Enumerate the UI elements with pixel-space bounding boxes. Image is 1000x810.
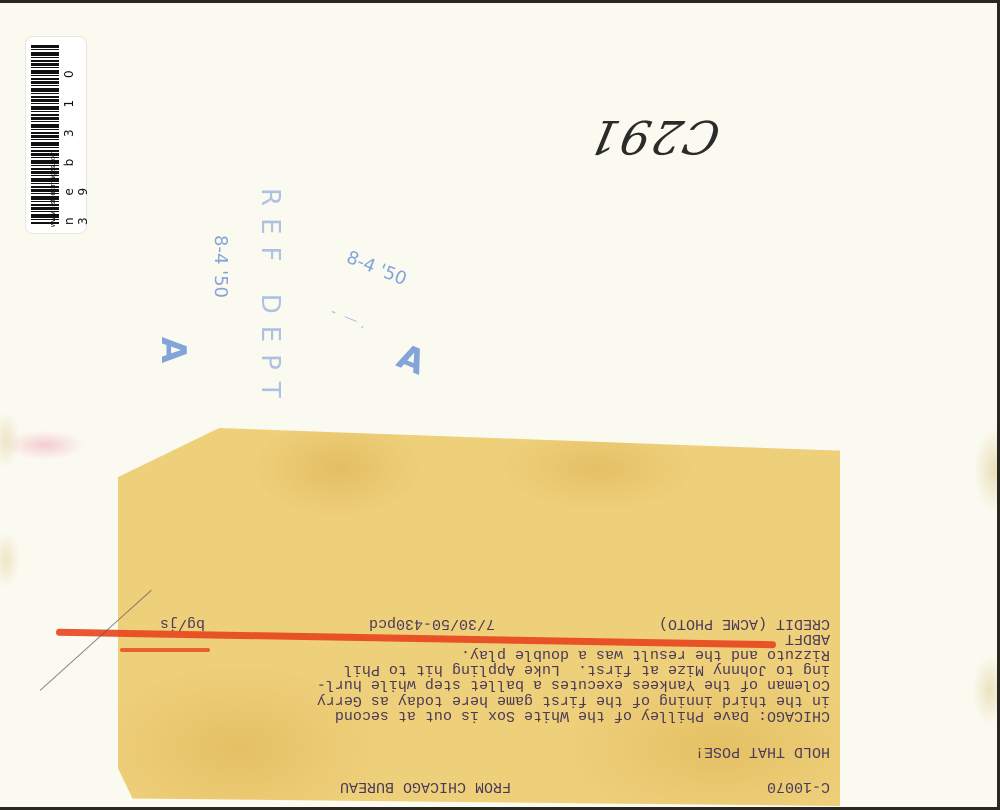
caption-body-line: Coleman of the Yankees executes a ballet… bbox=[160, 677, 830, 692]
barcode-characters: n e b 3 1 0 3 9 bbox=[62, 45, 84, 225]
caption-credit-row: CREDIT (ACME PHOTO) 7/30/50-430pcd bg/js bbox=[160, 615, 830, 630]
caption-initials: bg/js bbox=[160, 615, 205, 630]
caption-bureau: FROM CHICAGO BUREAU bbox=[340, 779, 511, 794]
caption-body-line: ing to Johnny Mize at first. Luke Applin… bbox=[160, 662, 830, 677]
caption-body-line: CHICAGO: Dave Philley of the White Sox i… bbox=[160, 708, 830, 723]
pink-smudge bbox=[5, 430, 85, 460]
caption-date-code: 7/30/50-430pcd bbox=[369, 615, 495, 630]
date-stamp-1: 8-4 '50 bbox=[210, 235, 231, 298]
red-crayon-mark-secondary bbox=[120, 648, 210, 652]
ref-dept-stamp: REF DEPT bbox=[255, 188, 285, 410]
caption-headline: HOLD THAT POSE! bbox=[160, 743, 830, 758]
letter-stamp-1: A bbox=[153, 337, 193, 363]
caption-credit: CREDIT (ACME PHOTO) bbox=[659, 615, 830, 630]
scan-top-edge bbox=[0, 0, 1000, 3]
caption-body-line: Rizzuto and the result was a double play… bbox=[160, 646, 830, 661]
caption-body-line: in the third inning of the first game he… bbox=[160, 692, 830, 707]
handwritten-note: C291 bbox=[582, 110, 724, 164]
caption-id: C-10070 bbox=[767, 779, 830, 794]
barcode-label: www.historicimages.com n e b 3 1 0 3 9 bbox=[25, 36, 87, 234]
caption-header-row: C-10070 FROM CHICAGO BUREAU bbox=[160, 779, 830, 794]
